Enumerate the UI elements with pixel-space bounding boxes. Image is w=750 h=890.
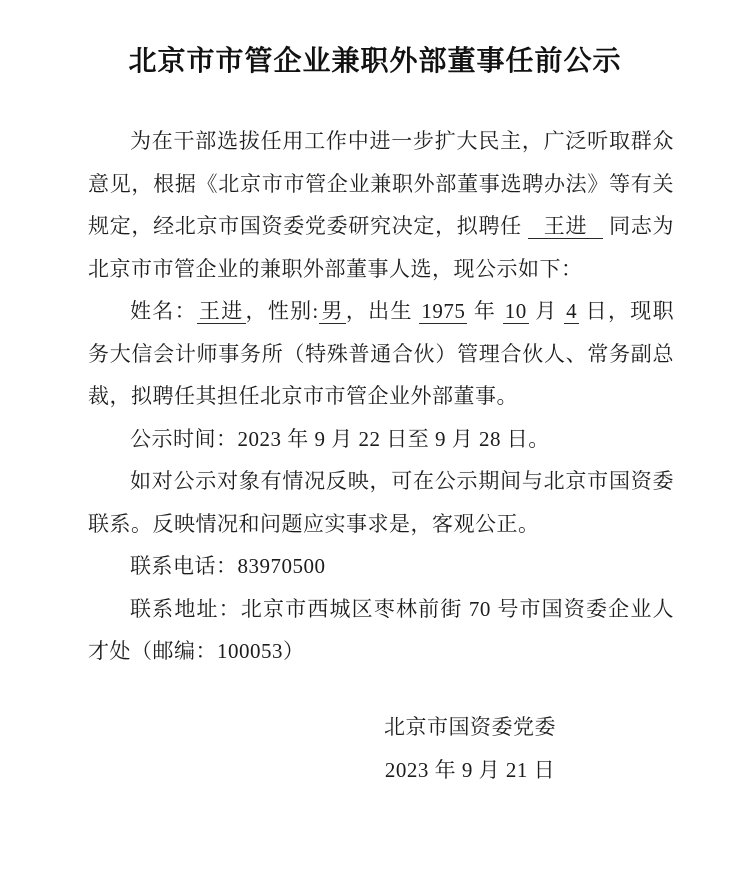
signature-block: 北京市国资委党委 2023 年 9 月 21 日 [88, 706, 556, 792]
contact-phone: 联系电话：83970500 [88, 545, 674, 588]
month-label: 月 [529, 299, 564, 323]
signature-date: 2023 年 9 月 21 日 [384, 749, 556, 792]
candidate-name-underlined: 王进 [197, 299, 246, 324]
signature-inner: 北京市国资委党委 2023 年 9 月 21 日 [384, 706, 556, 792]
paragraph-publicity-period: 公示时间：2023 年 9 月 22 日至 9 月 28 日。 [88, 418, 674, 461]
document-page: 北京市市管企业兼职外部董事任前公示 为在干部选拔任用工作中进一步扩大民主，广泛听… [0, 0, 750, 890]
paragraph-intro: 为在干部选拔任用工作中进一步扩大民主，广泛听取群众意见，根据《北京市市管企业兼职… [88, 120, 674, 290]
candidate-name-blank: 王进 [528, 214, 603, 239]
year-label: 年 [467, 299, 502, 323]
gender-label: ，性别: [246, 299, 319, 323]
document-title: 北京市市管企业兼职外部董事任前公示 [0, 42, 750, 82]
gender-value-underlined: 男 [319, 299, 346, 324]
birth-day-underlined: 4 [564, 299, 579, 324]
signature-org: 北京市国资委党委 [384, 706, 556, 749]
name-label: 姓名： [130, 299, 197, 323]
birth-year-underlined: 1975 [419, 299, 467, 324]
birth-label: ，出生 [346, 299, 419, 323]
contact-address: 联系地址：北京市西城区枣林前街 70 号市国资委企业人才处（邮编：100053） [88, 588, 674, 673]
paragraph-feedback-notice: 如对公示对象有情况反映，可在公示期间与北京市国资委联系。反映情况和问题应实事求是… [88, 460, 674, 545]
birth-month-underlined: 10 [503, 299, 529, 324]
document-body: 为在干部选拔任用工作中进一步扩大民主，广泛听取群众意见，根据《北京市市管企业兼职… [88, 120, 674, 792]
paragraph-candidate-info: 姓名：王进，性别:男，出生 1975 年 10 月 4 日，现职务大信会计师事务… [88, 290, 674, 418]
